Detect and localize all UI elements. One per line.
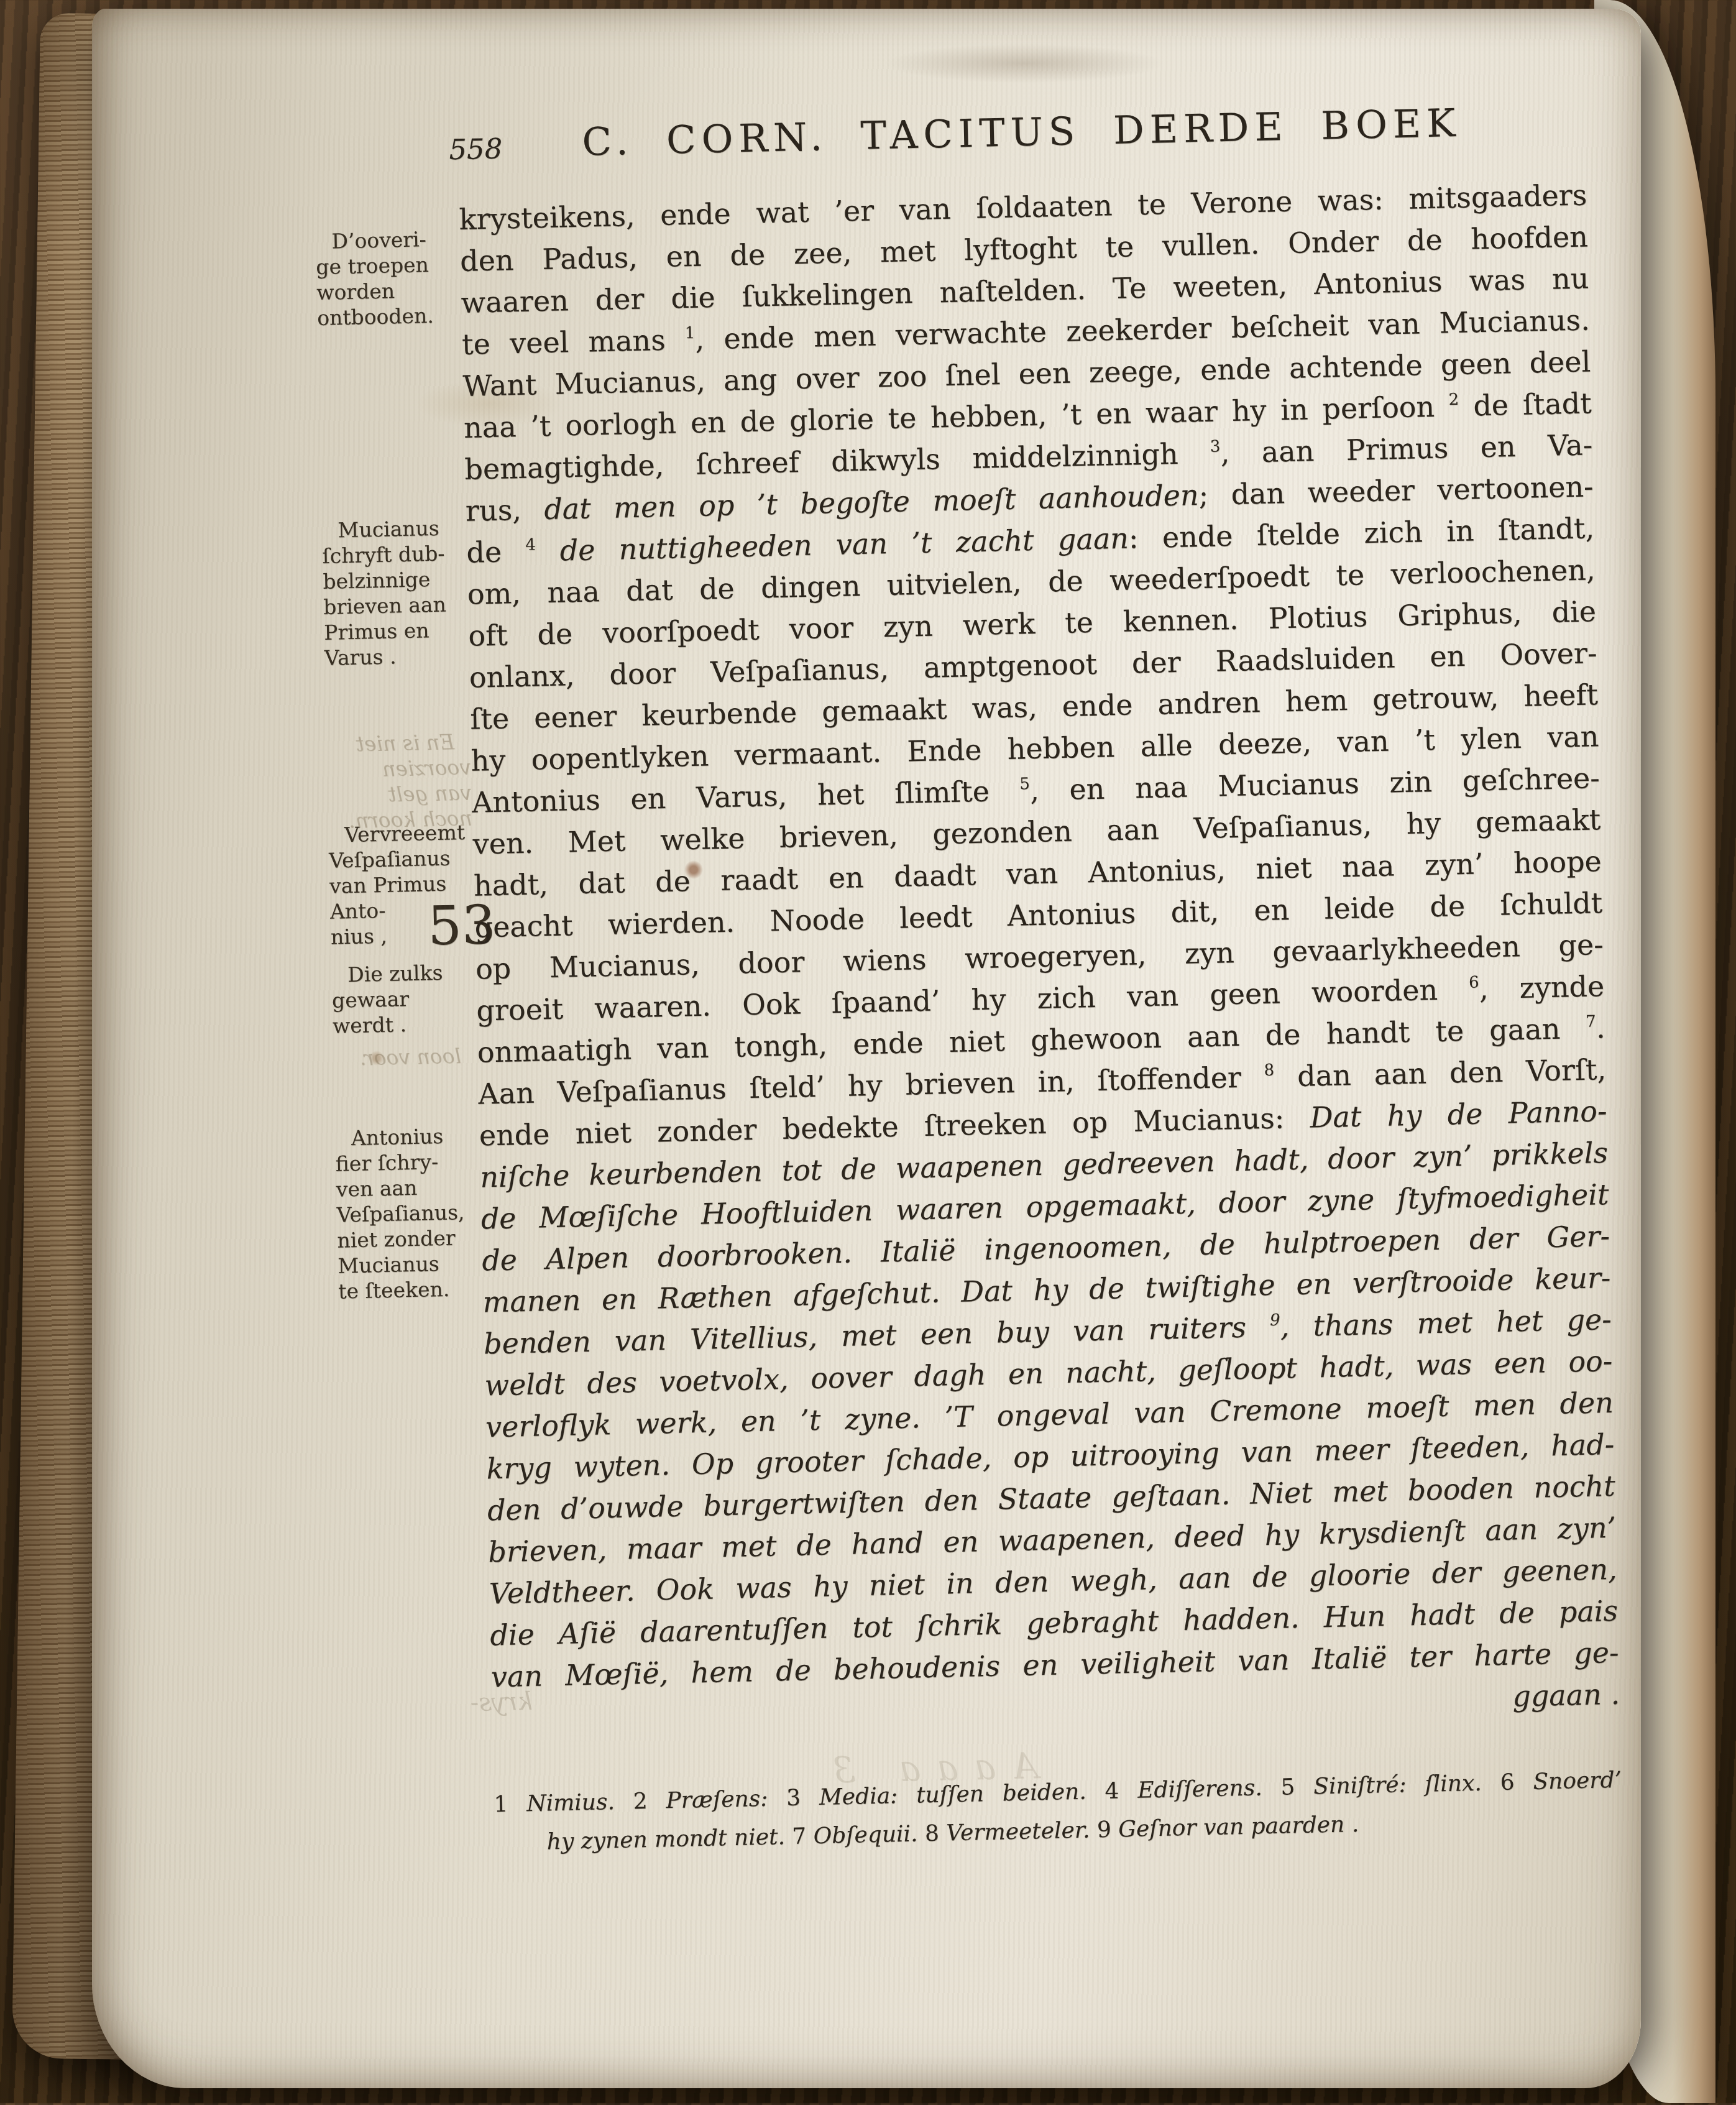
margin-note: VervreeemtVeſpaſianusvan PrimusAnto-nius… bbox=[328, 819, 475, 950]
signature-ghost: Aaaa 3 bbox=[816, 1744, 1039, 1792]
margin-note: D’ooveri-ge troepenwordenontbooden. bbox=[315, 226, 462, 331]
body-text: krysteikens, ende wat ’er van ſoldaaten … bbox=[459, 174, 1620, 1739]
ghost-note: En is nietvoorzienvan geltnoch koorn. bbox=[326, 729, 473, 834]
running-title: C. CORN. TACITUS DERDE BOEK bbox=[457, 97, 1586, 167]
margin-note: Antoniusfier ſchry-ven aanVeſpaſianus,ni… bbox=[335, 1123, 483, 1304]
catchword-ghost: krys- bbox=[470, 1687, 533, 1717]
running-head: 558 C. CORN. TACITUS DERDE BOEK bbox=[457, 97, 1586, 167]
ghost-note: loon voor. bbox=[333, 1043, 478, 1072]
margin-note: Mucianusſchryft dub-belzinnigebrieven aa… bbox=[321, 515, 469, 671]
book-page: 558 C. CORN. TACITUS DERDE BOEK D’ooveri… bbox=[92, 9, 1641, 2088]
footnotes: 1 Nimius. 2 Præſens: 3 Media: tuſſen bei… bbox=[494, 1761, 1623, 1863]
page-content: 558 C. CORN. TACITUS DERDE BOEK D’ooveri… bbox=[70, 0, 1663, 2103]
margin-note: Die zulksgewaarwerdt . bbox=[331, 959, 477, 1039]
book-photo: 558 C. CORN. TACITUS DERDE BOEK D’ooveri… bbox=[0, 0, 1736, 2103]
